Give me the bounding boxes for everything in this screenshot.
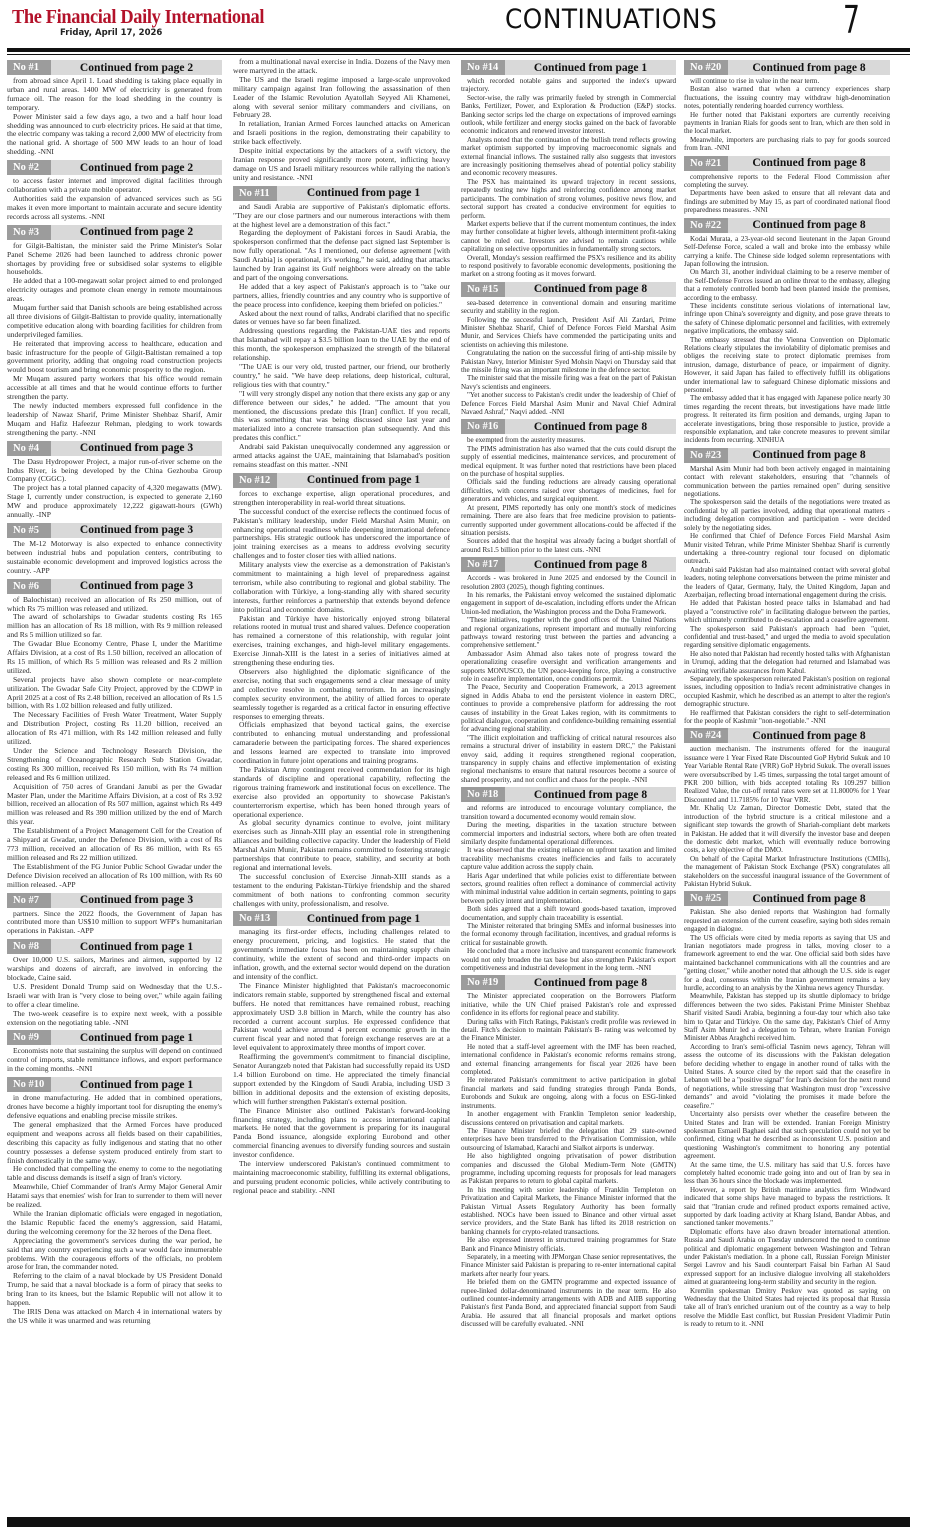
story-paragraph: He reiterated Pakistan's commitment to a… [461,1076,676,1110]
story-number-badge: No #3 [7,225,51,240]
story-paragraph: of Balochistan) received an allocation o… [7,596,222,614]
story-paragraph: Reaffirming the government's commitment … [233,1053,450,1106]
story-paragraph: Under the Science and Technology Researc… [7,747,222,783]
continued-from-label: Continued from page 1 [51,1032,222,1044]
continued-from-label: Continued from page 1 [277,187,450,199]
continuation-header: No #12Continued from page 1 [233,473,450,488]
story-paragraph: The Peace, Security and Cooperation Fram… [461,683,676,733]
continued-from-label: Continued from page 1 [51,941,222,953]
story-paragraph: in drone manufacturing. He added that in… [7,1094,222,1121]
story-body: in drone manufacturing. He added that in… [7,1094,222,1326]
story-paragraph: The successful conclusion of Exercise Ji… [233,873,450,909]
continuation-header: No #15Continued from page 8 [461,282,676,297]
continuation-header: No #2Continued from page 2 [7,160,222,175]
story-body: for Gilgit-Baltistan, the minister said … [7,242,222,438]
story-paragraph: Separately, in a meeting with JPMorgan C… [461,1253,676,1278]
story-body: be exempted from the austerity measures.… [461,436,676,554]
story-paragraph: Both sides agreed that a shift toward go… [461,905,676,922]
story-paragraph: During the meeting, disparities in the t… [461,821,676,846]
page-number: 7 [843,0,860,42]
continuation-header: No #20Continued from page 8 [684,60,890,75]
continuation-header: No #17Continued from page 8 [461,557,676,572]
story-paragraph: will continue to rise in value in the ne… [684,77,890,85]
continued-from-label: Continued from page 1 [277,913,450,925]
story-paragraph: In another engagement with Franklin Temp… [461,1110,676,1127]
story-paragraph: He added that Pakistan hosted peace talk… [684,599,890,624]
story-paragraph: Haris Agar underlined that while policie… [461,872,676,906]
story-paragraph: He also highlighted ongoing privatisatio… [461,1152,676,1186]
story-paragraph: He also noted that Pakistan had recently… [684,650,890,675]
continuation-header: No #5Continued from page 3 [7,523,222,538]
continued-from-label: Continued from page 8 [505,559,676,571]
column-1: No #1Continued from page 2from abroad si… [7,58,222,1513]
story-paragraph: Power Minister said a few days ago, a tw… [7,113,222,158]
column-2: from a multinational naval exercise in I… [233,58,450,1513]
story-paragraph: Marshal Asim Munir had both been activel… [684,465,890,499]
story-number-badge: No #11 [233,186,277,201]
story-paragraph: Separately, the spokesperson reiterated … [684,675,890,709]
story-paragraph: managing its first-order effects, includ… [233,928,450,981]
continued-from-label: Continued from page 1 [505,62,676,74]
story-number-badge: No #10 [7,1077,51,1092]
story-body: of Balochistan) received an allocation o… [7,596,222,890]
story-body: forces to exchange expertise, align oper… [233,490,450,909]
story-paragraph: The two-week ceasefire is to expire next… [7,1010,222,1028]
story-paragraph: Several projects have also shown complet… [7,676,222,712]
story-paragraph: The Finance Minister also outlined Pakis… [233,1107,450,1160]
story-paragraph: be exempted from the austerity measures. [461,436,676,444]
story-body: Accords - was brokered in June 2025 and … [461,574,676,784]
continuation-header: No #10Continued from page 1 [7,1077,222,1092]
paper-name: The Financial Daily International [12,6,264,29]
story-body: Pakistan. She also denied reports that W… [684,908,890,1328]
story-paragraph: The general emphasized that the Armed Fo… [7,1121,222,1166]
story-paragraph: At present, PIMS reportedly has only one… [461,504,676,538]
story-number-badge: No #9 [7,1030,51,1045]
story-paragraph: Meanwhile, importers are purchasing rial… [684,136,890,153]
continuation-header: No #25Continued from page 8 [684,891,890,906]
story-paragraph: Ambassador Asim Ahmad also takes note of… [461,650,676,684]
header-rule-thin [7,54,910,55]
story-paragraph: He added that a 100-megawatt solar proje… [7,277,222,304]
story-body: auction mechanism. The instruments offer… [684,745,890,888]
story-paragraph: The Finance Minister briefed the delegat… [461,1127,676,1152]
story-paragraph: It was observed that the existing relian… [461,846,676,871]
story-paragraph: The project has a total planned capacity… [7,484,222,520]
story-paragraph: The PIMS administration has also warned … [461,445,676,479]
story-paragraph: On March 31, another individual claiming… [684,268,890,302]
story-paragraph: Over 10,000 U.S. sailors, Marines and ai… [7,956,222,983]
story-paragraph: to access faster internet and improved d… [7,177,222,195]
story-number-badge: No #23 [684,448,728,463]
header-rule [7,48,910,52]
story-paragraph: "The illicit exploitation and traffickin… [461,734,676,784]
story-paragraph: from a multinational naval exercise in I… [233,58,450,76]
story-paragraph: On behalf of the Capital Market Infrastr… [684,855,890,889]
story-number-badge: No #5 [7,523,51,538]
story-number-badge: No #13 [233,911,277,926]
story-number-badge: No #14 [461,60,505,75]
continued-from-label: Continued from page 8 [505,283,676,295]
story-paragraph: The M-12 Motorway is also expected to en… [7,540,222,576]
column-4: No #20Continued from page 8will continue… [684,58,890,1513]
masthead: The Financial Daily International Friday… [0,0,945,48]
issue-date: Friday, April 17, 2026 [60,28,162,38]
story-paragraph: Overall, Monday's session reaffirmed the… [461,254,676,279]
story-paragraph: While the Iranian diplomatic officials w… [7,1210,222,1237]
story-paragraph: from abroad since April 1. Load shedding… [7,77,222,113]
story-paragraph: Congratulating the nation on the success… [461,349,676,374]
story-paragraph: However, a report by British maritime an… [684,1186,890,1228]
story-paragraph: The Establishment of a Project Managemen… [7,827,222,863]
story-paragraph: Muqam further said that Danish schools a… [7,304,222,340]
story-lead-in: from a multinational naval exercise in I… [233,58,450,183]
story-paragraph: The interview underscored Pakistan's con… [233,1160,450,1196]
story-number-badge: No #20 [684,60,728,75]
continued-from-label: Continued from page 8 [505,789,676,801]
story-body: The M-12 Motorway is also expected to en… [7,540,222,576]
column-3: No #14Continued from page 1which recorde… [461,58,676,1513]
continuation-header: No #6Continued from page 3 [7,579,222,594]
story-number-badge: No #2 [7,160,51,175]
story-paragraph: Following the successful launch, Preside… [461,316,676,350]
story-number-badge: No #4 [7,441,51,456]
story-paragraph: Market experts believe that if the curre… [461,220,676,254]
story-paragraph: U.S. President Donald Trump said on Wedn… [7,983,222,1010]
story-number-badge: No #12 [233,473,277,488]
story-paragraph: "The UAE is our very old, trusted partne… [233,363,450,390]
continued-from-label: Continued from page 8 [505,977,676,989]
story-paragraph: The Establishment of the FG Junior Publi… [7,863,222,890]
continued-from-label: Continued from page 1 [277,474,450,486]
continued-from-label: Continued from page 8 [728,893,890,905]
story-paragraph: Departments have been asked to ensure th… [684,189,890,214]
story-number-badge: No #15 [461,282,505,297]
story-paragraph: Mr Muqam assured party workers that his … [7,375,222,402]
story-paragraph: He noted that a staff-level agreement wi… [461,1043,676,1077]
continuation-header: No #9Continued from page 1 [7,1030,222,1045]
story-paragraph: The Dasu Hydropower Project, a major run… [7,458,222,485]
continuation-header: No #4Continued from page 3 [7,441,222,456]
story-paragraph: In retaliation, Iranian Armed Forces lau… [233,120,450,147]
story-body: to access faster internet and improved d… [7,177,222,222]
story-paragraph: Appreciating the government's services d… [7,1237,222,1273]
story-paragraph: Andrabi said Pakistan unequivocally cond… [233,443,450,470]
story-paragraph: The Finance Minister highlighted that Pa… [233,982,450,1053]
continuation-header: No #18Continued from page 8 [461,787,676,802]
story-number-badge: No #17 [461,557,505,572]
story-body: The Dasu Hydropower Project, a major run… [7,458,222,520]
story-paragraph: Economists note that sustaining the surp… [7,1047,222,1074]
story-paragraph: As global security dynamics continue to … [233,819,450,872]
story-paragraph: forces to exchange expertise, align oper… [233,490,450,508]
story-body: and reforms are introduced to encourage … [461,804,676,972]
story-paragraph: The minister said that the missile firin… [461,374,676,391]
story-paragraph: Analysts noted that the continuation of … [461,136,676,178]
continuation-header: No #14Continued from page 1 [461,60,676,75]
continued-from-label: Continued from page 8 [728,219,890,231]
continued-from-label: Continued from page 8 [728,157,890,169]
story-body: Kodai Murata, a 23-year-old second lieut… [684,235,890,445]
story-body: and Saudi Arabia are supportive of Pakis… [233,203,450,470]
continuation-header: No #24Continued from page 8 [684,728,890,743]
continued-from-label: Continued from page 8 [728,449,890,461]
story-paragraph: Officials emphasized that beyond tactica… [233,721,450,766]
continued-from-label: Continued from page 2 [51,162,222,174]
story-number-badge: No #25 [684,891,728,906]
story-body: The Minister appreciated cooperation on … [461,992,676,1328]
story-paragraph: Sector-wise, the rally was primarily fue… [461,94,676,136]
story-paragraph: The spokesperson said the details of the… [684,498,890,532]
story-paragraph: "These initiatives, together with the go… [461,616,676,650]
story-paragraph: "I will very strongly dispel any notion … [233,390,450,443]
story-paragraph: Mr. Khaliq Uz Zaman, Director Domestic D… [684,804,890,854]
story-number-badge: No #6 [7,579,51,594]
story-body: from abroad since April 1. Load shedding… [7,77,222,157]
story-paragraph: He further noted that Pakistani exporter… [684,111,890,136]
continued-from-label: Continued from page 2 [51,226,222,238]
story-number-badge: No #19 [461,975,505,990]
footer-rule [7,1517,910,1527]
story-paragraph: Authorities said the expansion of advanc… [7,195,222,222]
story-paragraph: According to Iran's semi-official Tasnim… [684,1043,890,1110]
story-paragraph: Accords - was brokered in June 2025 and … [461,574,676,591]
story-body: will continue to rise in value in the ne… [684,77,890,153]
story-paragraph: He concluded that a more inclusive and t… [461,947,676,972]
story-body: comprehensive reports to the Federal Flo… [684,173,890,215]
story-paragraph: Military analysts view the exercise as a… [233,561,450,614]
continuation-header: No #13Continued from page 1 [233,911,450,926]
story-paragraph: Kodai Murata, a 23-year-old second lieut… [684,235,890,269]
story-paragraph: The Pakistan Army contingent received co… [233,766,450,819]
story-paragraph: The Minister appreciated cooperation on … [461,992,676,1017]
continued-from-label: Continued from page 8 [728,62,890,74]
continuation-header: No #22Continued from page 8 [684,218,890,233]
story-paragraph: Officials said the funding reductions ar… [461,478,676,503]
story-paragraph: The PSX has maintained its upward trajec… [461,178,676,220]
continued-from-label: Continued from page 8 [728,730,890,742]
story-number-badge: No #8 [7,939,51,954]
story-paragraph: The spokesperson said Pakistan's approac… [684,625,890,650]
story-paragraph: These incidents constitute serious viola… [684,302,890,336]
story-body: Marshal Asim Munir had both been activel… [684,465,890,726]
story-body: which recorded notable gains and support… [461,77,676,279]
story-paragraph: sea-based deterrence in conventional dom… [461,299,676,316]
story-paragraph: for Gilgit-Baltistan, the minister said … [7,242,222,278]
story-paragraph: and Saudi Arabia are supportive of Pakis… [233,203,450,230]
story-paragraph: The embassy stressed that the Vienna Con… [684,336,890,395]
story-paragraph: He reaffirmed that Pakistan considers th… [684,709,890,726]
story-number-badge: No #22 [684,218,728,233]
story-paragraph: Observers also highlighted the diplomati… [233,668,450,721]
story-paragraph: partners. Since the 2022 floods, the Gov… [7,910,222,937]
story-paragraph: During talks with Fitch Ratings, Pakista… [461,1018,676,1043]
story-paragraph: Uncertainty also persists over whether t… [684,1110,890,1160]
story-paragraph: Addressing questions regarding the Pakis… [233,327,450,363]
continuation-header: No #8Continued from page 1 [7,939,222,954]
story-body: Economists note that sustaining the surp… [7,1047,222,1074]
story-paragraph: Despite initial expectations by the atta… [233,147,450,183]
story-body: partners. Since the 2022 floods, the Gov… [7,910,222,937]
story-paragraph: Meanwhile, Pakistan has stepped up its s… [684,992,890,1042]
story-number-badge: No #24 [684,728,728,743]
story-paragraph: Asked about the next round of talks, And… [233,310,450,328]
story-paragraph: He also expressed interest in structured… [461,1236,676,1253]
story-paragraph: He confirmed that Chief of Defence Force… [684,532,890,566]
story-body: Over 10,000 U.S. sailors, Marines and ai… [7,956,222,1027]
story-number-badge: No #16 [461,419,505,434]
story-paragraph: Regarding the deployment of Pakistani fo… [233,229,450,282]
story-paragraph: He added that a key aspect of Pakistan's… [233,283,450,310]
story-paragraph: which recorded notable gains and support… [461,77,676,94]
story-paragraph: The embassy added that it has engaged wi… [684,394,890,444]
continuation-header: No #19Continued from page 8 [461,975,676,990]
story-number-badge: No #1 [7,60,51,75]
continuation-header: No #21Continued from page 8 [684,156,890,171]
story-paragraph: Pakistan and Türkiye have historically e… [233,615,450,668]
story-paragraph: Meanwhile, Chief Commander of Iran's Arm… [7,1183,222,1210]
story-paragraph: and reforms are introduced to encourage … [461,804,676,821]
continued-from-label: Continued from page 8 [505,421,676,433]
story-paragraph: The award of scholarships to Gwadar stud… [7,613,222,640]
story-paragraph: comprehensive reports to the Federal Flo… [684,173,890,190]
story-paragraph: The Necessary Facilities of Fresh Water … [7,711,222,747]
continued-from-label: Continued from page 3 [51,442,222,454]
story-paragraph: Diplomatic efforts have also drawn broad… [684,1228,890,1287]
story-paragraph: The US officials were cited by media rep… [684,934,890,993]
continuation-header: No #1Continued from page 2 [7,60,222,75]
story-paragraph: Andrabi said Pakistan had also maintaine… [684,566,890,600]
story-paragraph: He reiterated that improving access to h… [7,340,222,376]
continuation-header: No #23Continued from page 8 [684,448,890,463]
continuation-header: No #11Continued from page 1 [233,186,450,201]
story-paragraph: The Minister reiterated that bringing SM… [461,922,676,947]
story-paragraph: Kremlin spokesman Dmitry Peskov was quot… [684,1287,890,1329]
continued-from-label: Continued from page 1 [51,1079,222,1091]
story-body: managing its first-order effects, includ… [233,928,450,1195]
story-number-badge: No #21 [684,156,728,171]
continuation-header: No #3Continued from page 2 [7,225,222,240]
story-paragraph: auction mechanism. The instruments offer… [684,745,890,804]
story-paragraph: He concluded that compelling the enemy t… [7,1165,222,1183]
section-title: CONTINUATIONS [505,4,717,35]
story-number-badge: No #18 [461,787,505,802]
story-paragraph: At the same time, the U.S. military has … [684,1161,890,1186]
continued-from-label: Continued from page 3 [51,894,222,906]
story-paragraph: Acquisition of 750 acres of Grandani Jan… [7,783,222,828]
continued-from-label: Continued from page 2 [51,62,222,74]
story-paragraph: The US and the Israeli regime imposed a … [233,76,450,121]
continuation-header: No #7Continued from page 3 [7,893,222,908]
story-paragraph: The IRIS Dena was attacked on March 4 in… [7,1308,222,1326]
story-paragraph: In his meeting with senior leadership of… [461,1186,676,1236]
continued-from-label: Continued from page 3 [51,524,222,536]
continued-from-label: Continued from page 3 [51,580,222,592]
story-number-badge: No #7 [7,893,51,908]
story-body: sea-based deterrence in conventional dom… [461,299,676,417]
story-paragraph: Pakistan. She also denied reports that W… [684,908,890,933]
story-paragraph: Sources added that the hospital was alre… [461,537,676,554]
story-paragraph: The successful conduct of the exercise r… [233,508,450,561]
story-paragraph: "Yet another success to Pakistan's credi… [461,391,676,416]
story-paragraph: Referring to the claim of a naval blocka… [7,1272,222,1308]
continuation-header: No #16Continued from page 8 [461,419,676,434]
story-paragraph: Bostan also warned that when a currency … [684,85,890,110]
story-paragraph: In his remarks, the Pakistani envoy welc… [461,591,676,616]
story-paragraph: He briefed them on the GMTN programme an… [461,1278,676,1328]
story-paragraph: The newly inducted members expressed ful… [7,402,222,438]
story-paragraph: The Gwadar Blue Economy Centre, Phase I,… [7,640,222,676]
